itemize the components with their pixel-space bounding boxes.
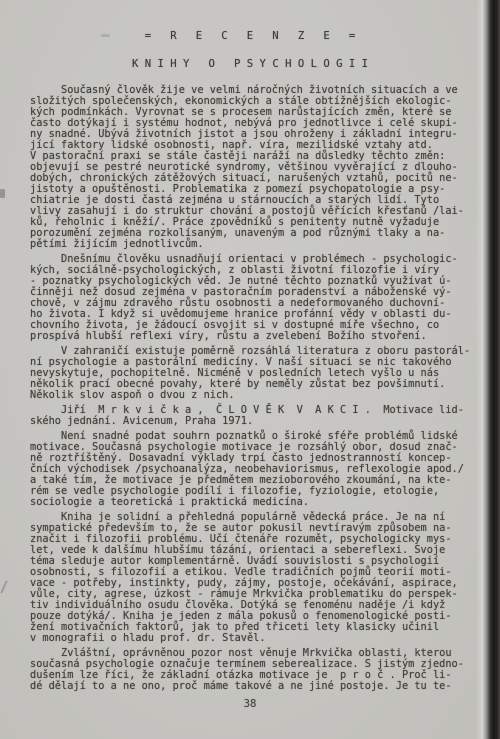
page-body: Současný člověk žije ve velmi náročných … [30,85,470,692]
paragraph: Není snadné podat souhrn poznatků o širo… [30,431,470,508]
paragraph: V zahraničí existuje poměrně rozsáhlá li… [30,346,470,401]
scan-speck [0,189,5,198]
paragraph: Jiří M r k v i č k a , Č L O V Ě K V A K… [30,405,470,427]
paragraph: Současný člověk žije ve velmi náročných … [30,85,470,250]
document-page: = R E C E N Z E = K N I H Y O P S Y C H … [0,0,500,710]
paragraph: Zvláštní, oprávněnou pozor nost věnuje M… [30,648,470,692]
paragraph: Dnešnímu člověku usnadňují orientaci v p… [30,254,470,342]
scan-speck [101,34,110,37]
section-header: = R E C E N Z E = [30,30,470,42]
page-title: K N I H Y O P S Y C H O L O G I I [30,58,470,70]
scan-gutter-shadow [476,0,500,739]
scanned-page: = R E C E N Z E = K N I H Y O P S Y C H … [0,0,500,739]
page-number: 38 [30,699,470,710]
paragraph: Kniha je solidní a přehledná populárně v… [30,512,470,644]
